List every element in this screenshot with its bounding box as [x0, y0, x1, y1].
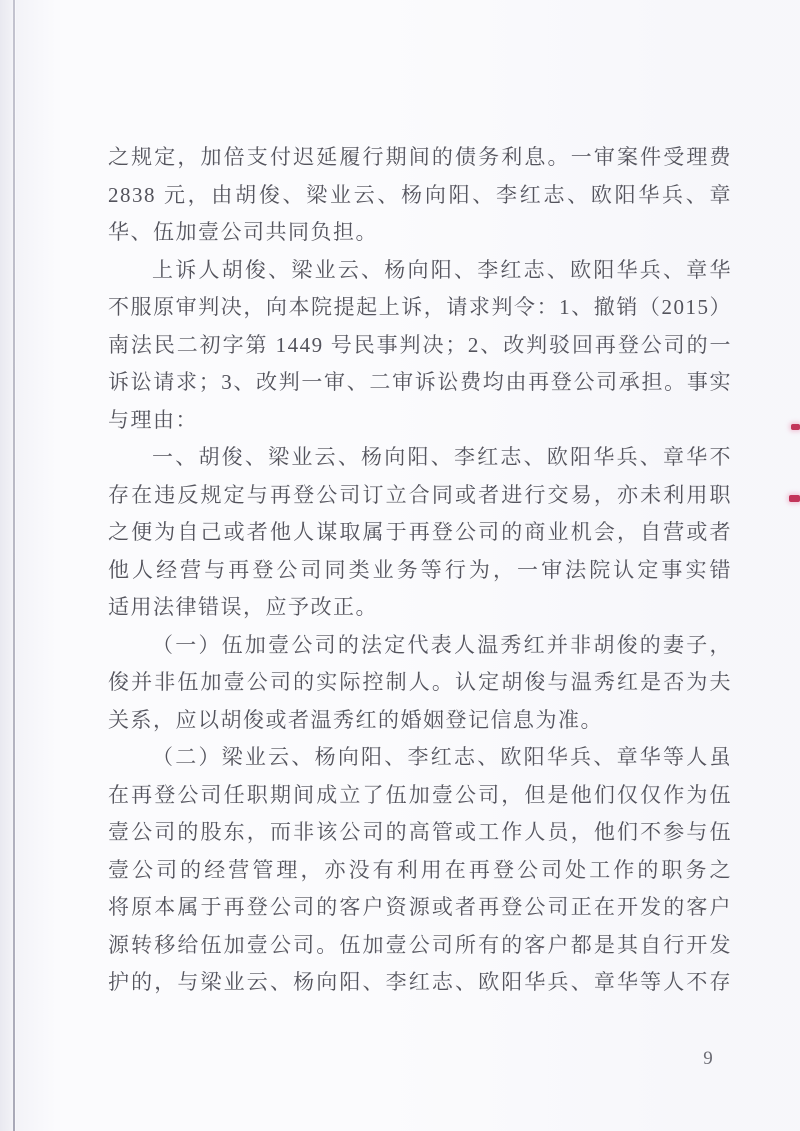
text-line: 上诉人胡俊、梁业云、杨向阳、李红志、欧阳华兵、章华 [108, 252, 732, 290]
text-line: （一）伍加壹公司的法定代表人温秀红并非胡俊的妻子，胡 [108, 627, 732, 665]
text-line: 俊并非伍加壹公司的实际控制人。认定胡俊与温秀红是否为夫妻 [108, 664, 732, 702]
page-left-edge-gradient [16, 0, 56, 1131]
text-line: 华、伍加壹公司共同负担。 [108, 214, 732, 252]
text-line: 壹公司的股东，而非该公司的高管或工作人员，他们不参与伍加 [108, 814, 732, 852]
text-line: 与理由： [108, 402, 732, 440]
text-line: 关系，应以胡俊或者温秀红的婚姻登记信息为准。 [108, 702, 732, 740]
text-line: 将原本属于再登公司的客户资源或者再登公司正在开发的客户资 [108, 889, 732, 927]
text-line: 壹公司的经营管理，亦没有利用在再登公司处工作的职务之便， [108, 852, 732, 890]
red-edge-mark-top [791, 424, 800, 430]
text-line: 2838 元，由胡俊、梁业云、杨向阳、李红志、欧阳华兵、章 [108, 177, 732, 215]
page-left-edge-line [13, 0, 15, 1131]
text-line: 存在违反规定与再登公司订立合同或者进行交易，亦未利用职务 [108, 477, 732, 515]
page-number: 9 [690, 1048, 726, 1070]
text-line: 在再登公司任职期间成立了伍加壹公司，但是他们仅仅作为伍加 [108, 777, 732, 815]
text-line: 护的，与梁业云、杨向阳、李红志、欧阳华兵、章华等人不存在 [108, 964, 732, 1002]
text-line: 诉讼请求；3、改判一审、二审诉讼费均由再登公司承担。事实 [108, 364, 732, 402]
text-line: 他人经营与再登公司同类业务等行为，一审法院认定事实错误， [108, 552, 732, 590]
text-line: 适用法律错误，应予改正。 [108, 589, 732, 627]
text-line: （二）梁业云、杨向阳、李红志、欧阳华兵、章华等人虽然 [108, 739, 732, 777]
text-line: 南法民二初字第 1449 号民事判决；2、改判驳回再登公司的一审 [108, 327, 732, 365]
scanned-court-document-page: 之规定，加倍支付迟延履行期间的债务利息。一审案件受理费2838 元，由胡俊、梁业… [0, 0, 800, 1131]
document-body: 之规定，加倍支付迟延履行期间的债务利息。一审案件受理费2838 元，由胡俊、梁业… [108, 139, 732, 1002]
text-line: 一、胡俊、梁业云、杨向阳、李红志、欧阳华兵、章华不 [108, 439, 732, 477]
text-line: 之便为自己或者他人谋取属于再登公司的商业机会，自营或者为 [108, 514, 732, 552]
text-line: 源转移给伍加壹公司。伍加壹公司所有的客户都是其自行开发维 [108, 927, 732, 965]
text-line: 不服原审判决，向本院提起上诉，请求判令：1、撤销（2015）深 [108, 289, 732, 327]
red-edge-mark-bottom [789, 495, 800, 502]
text-line: 之规定，加倍支付迟延履行期间的债务利息。一审案件受理费 [108, 139, 732, 177]
